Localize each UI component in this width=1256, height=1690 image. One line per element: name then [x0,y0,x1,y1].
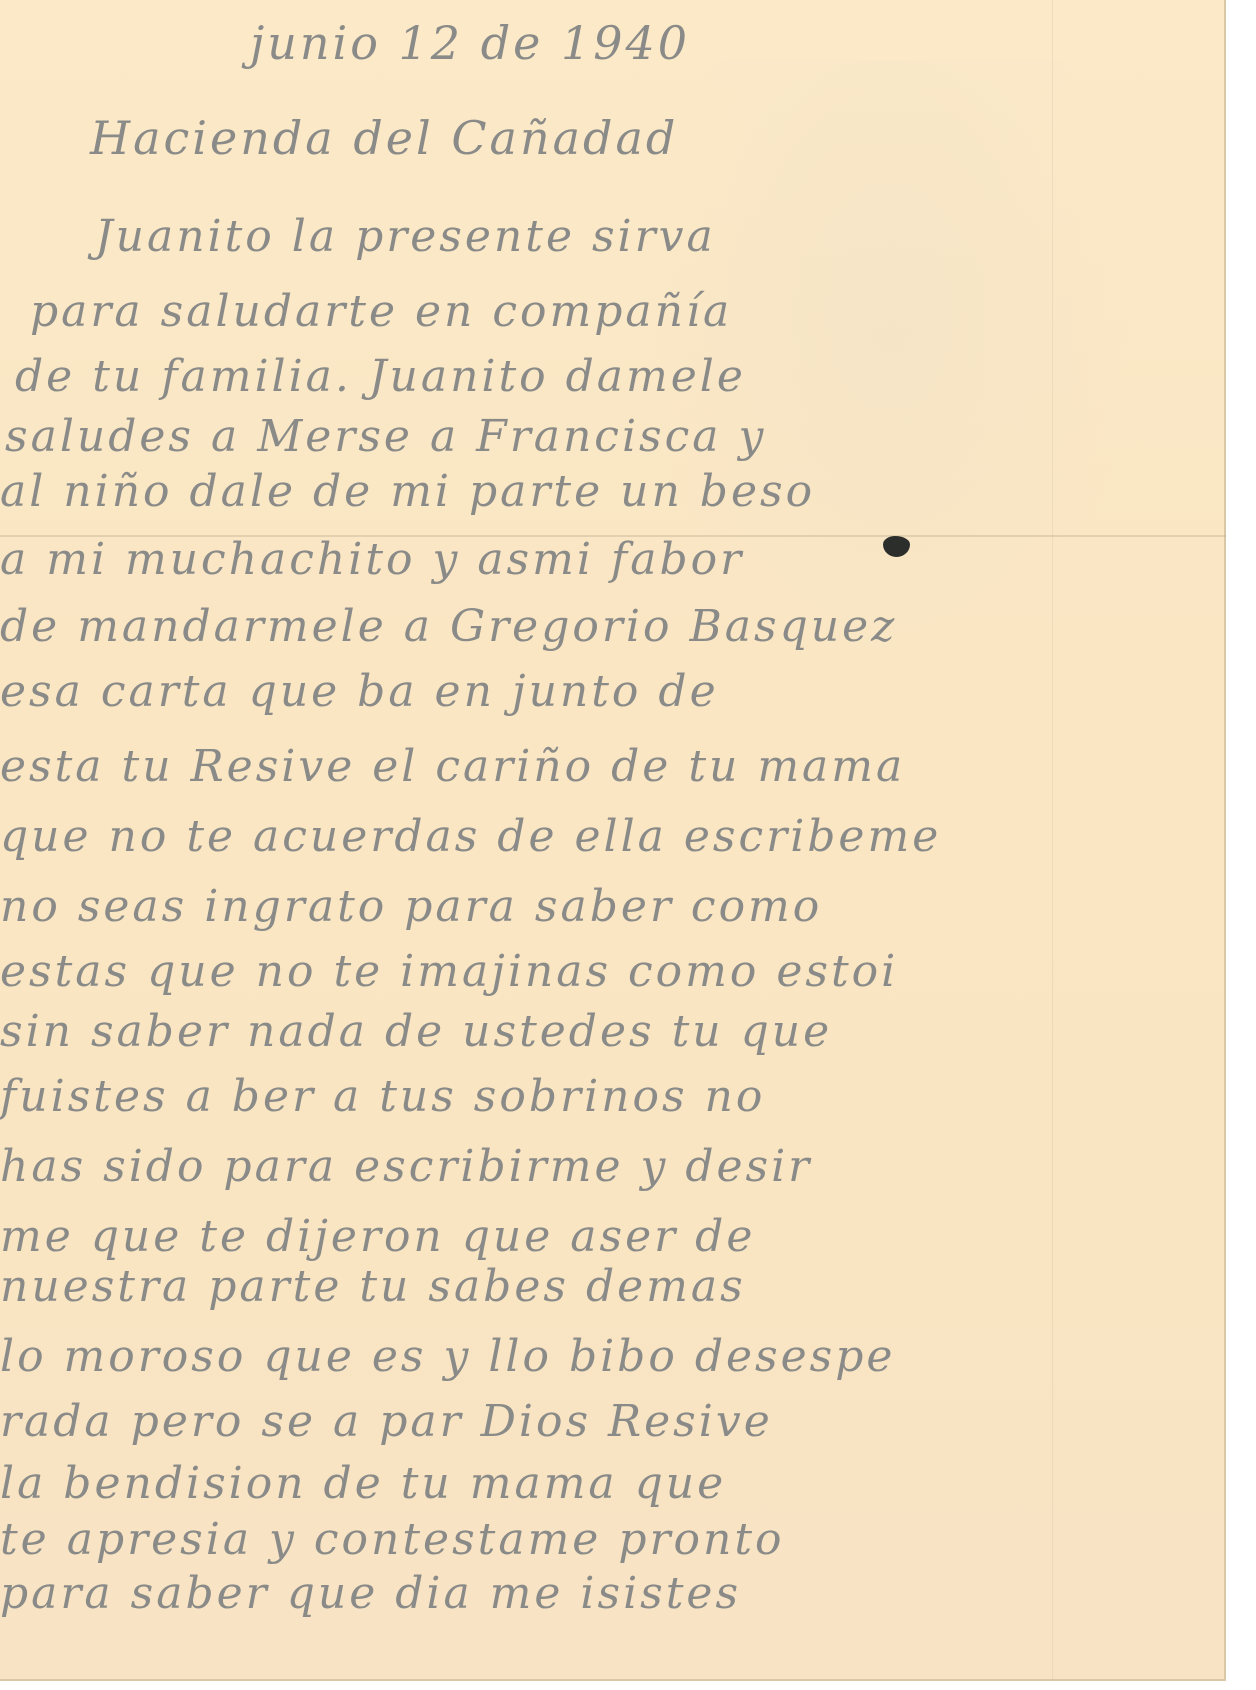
letter-line: has sido para escribirme y desir [0,1145,812,1189]
letter-line: no seas ingrato para saber como [0,885,822,929]
letter-line: te apresia y contestame pronto [0,1518,785,1562]
letter-paper: junio 12 de 1940 Hacienda del Cañadad Ju… [0,0,1226,1681]
letter-line: nuestra parte tu sabes demas [0,1265,746,1309]
letter-line: de mandarmele a Gregorio Basquez [0,605,897,649]
letter-line: esa carta que ba en junto de [0,670,719,714]
letter-line: a mi muchachito y asmi fabor [0,538,744,582]
letter-line: Juanito la presente sirva [95,215,716,259]
letter-line: rada pero se a par Dios Resive [0,1400,773,1444]
letter-line: de tu familia. Juanito damele [15,355,746,399]
letter-line: la bendision de tu mama que [0,1462,726,1506]
letter-line: esta tu Resive el cariño de tu mama [0,745,905,789]
letter-line: fuistes a ber a tus sobrinos no [0,1075,765,1119]
letter-line: saludes a Merse a Francisca y [5,415,766,459]
date-line: junio 12 de 1940 [250,20,690,66]
letter-line: sin saber nada de ustedes tu que [0,1010,832,1054]
letter-line: que no te acuerdas de ella escribeme [0,815,941,859]
letter-line: al niño dale de mi parte un beso [0,470,815,514]
fold-line-vertical [1052,0,1053,1681]
letter-line: lo moroso que es y llo bibo desespe [0,1335,895,1379]
letter-line: para saludarte en compañía [30,290,732,334]
letter-line: me que te dijeron que aser de [0,1215,755,1259]
letter-line: estas que no te imajinas como estoi [0,950,898,994]
place-line: Hacienda del Cañadad [90,115,678,161]
letter-line: para saber que dia me isistes [0,1572,741,1616]
